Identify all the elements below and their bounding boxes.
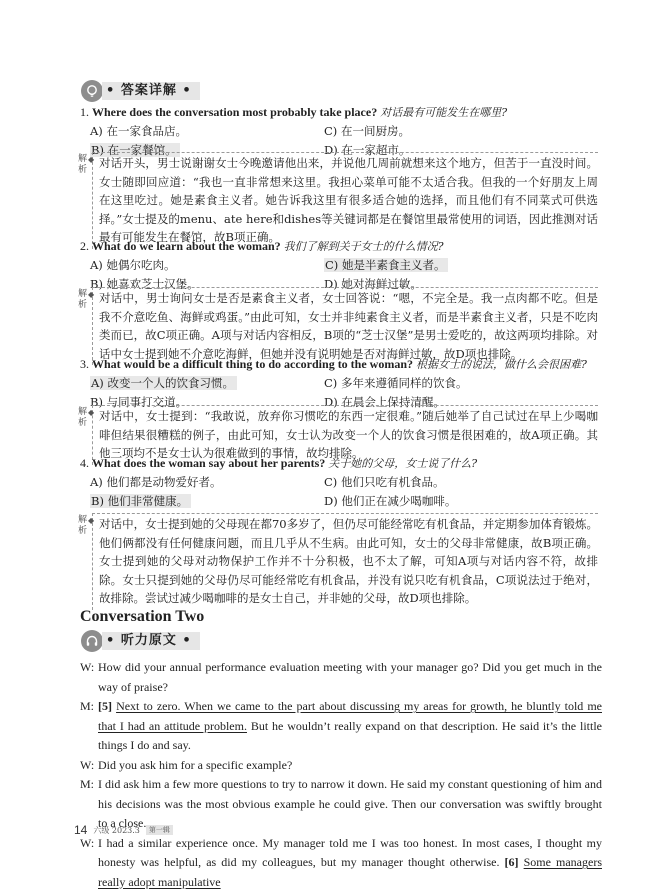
analysis-1: 解析 ◆ 对话开头，男士说谢谢女士今晚邀请他出来，并说他几周前就想来这个地方，但… xyxy=(80,152,598,249)
question-en: What does the woman say about her parent… xyxy=(92,456,325,470)
transcript-line: W: I had a similar experience once. My m… xyxy=(80,834,602,893)
analysis-2: 解析 ◆ 对话中，男士询问女士是否是素食主义者，女士回答说：“嗯，不完全是。我一… xyxy=(80,287,598,365)
speaker: M: xyxy=(80,697,98,756)
option-a: A) 他们都是动物爱好者。 xyxy=(90,474,324,490)
analysis-tag: 解析 xyxy=(78,289,88,311)
option-d: D) 他们正在减少喝咖啡。 xyxy=(324,493,564,509)
magazine-label: 六级 2023.3 xyxy=(93,825,140,836)
options: A) 他们都是动物爱好者。 C) 他们只吃有机食品。 B) 他们非常健康。 D)… xyxy=(90,474,600,509)
question-zh: 我们了解到关于女士的什么情况? xyxy=(284,240,444,253)
question-2: 2. What do we learn about the woman? 我们了… xyxy=(80,238,600,292)
speaker: W: xyxy=(80,756,98,776)
analysis-text: 对话开头，男士说谢谢女士今晚邀请他出来，并说他几周前就想来这个地方，但苦于一直没… xyxy=(92,152,598,249)
analysis-text: 对话中，男士询问女士是否是素食主义者，女士回答说：“嗯，不完全是。我一点肉都不吃… xyxy=(92,287,598,365)
question-title: 4. What does the woman say about her par… xyxy=(80,455,600,471)
question-title: 1. Where does the conversation most prob… xyxy=(80,104,600,120)
conversation-title: Conversation Two xyxy=(80,608,204,626)
arrow-icon: ◆ xyxy=(88,155,94,164)
question-title: 2. What do we learn about the woman? 我们了… xyxy=(80,238,600,254)
question-zh: 关于她的父母，女士说了什么? xyxy=(328,457,477,470)
transcript-line: W: How did your annual performance evalu… xyxy=(80,658,602,697)
question-4: 4. What does the woman say about her par… xyxy=(80,455,600,509)
transcript-line: W: Did you ask him for a specific exampl… xyxy=(80,756,602,776)
question-3: 3. What would be a difficult thing to do… xyxy=(80,356,600,410)
analysis-tag: 解析 xyxy=(78,154,88,176)
option-a: A) 在一家食品店。 xyxy=(90,123,324,139)
headphones-icon xyxy=(81,630,103,652)
question-title: 3. What would be a difficult thing to do… xyxy=(80,356,600,372)
speaker: W: xyxy=(80,834,98,893)
option-c: C) 多年来遵循同样的饮食。 xyxy=(324,375,564,391)
question-marker: [5] xyxy=(98,699,112,713)
arrow-icon: ◆ xyxy=(88,408,94,417)
lightbulb-icon xyxy=(81,80,103,102)
option-a-correct: A) 改变一个人的饮食习惯。 xyxy=(90,375,324,391)
option-c-correct: C) 她是半素食主义者。 xyxy=(324,257,564,273)
question-en: What do we learn about the woman? xyxy=(92,239,281,253)
answer-section-title: • 答案详解 • xyxy=(102,82,200,100)
answer-section-header: • 答案详解 • xyxy=(81,80,200,102)
question-marker: [6] xyxy=(505,855,519,869)
page: • 答案详解 • 1. Where does the conversation … xyxy=(0,0,660,895)
line-text: [5] Next to zero. When we came to the pa… xyxy=(98,697,602,756)
line-text: How did your annual performance evaluati… xyxy=(98,658,602,697)
transcript-section-title: • 听力原文 • xyxy=(102,632,200,650)
question-en: Where does the conversation most probabl… xyxy=(92,105,377,119)
option-a: A) 她偶尔吃肉。 xyxy=(90,257,324,273)
question-1: 1. Where does the conversation most prob… xyxy=(80,104,600,158)
arrow-icon: ◆ xyxy=(88,290,94,299)
transcript: W: How did your annual performance evalu… xyxy=(80,658,602,892)
arrow-icon: ◆ xyxy=(88,516,94,525)
question-zh: 根据女士的说法，做什么会很困难? xyxy=(416,358,587,371)
option-b-correct: B) 他们非常健康。 xyxy=(90,493,324,509)
page-number: 14 xyxy=(74,823,87,837)
question-zh: 对话最有可能发生在哪里? xyxy=(380,106,507,119)
page-footer: 14 六级 2023.3 第一辑 xyxy=(74,823,173,837)
option-c: C) 他们只吃有机食品。 xyxy=(324,474,564,490)
line-text: I did ask him a few more questions to tr… xyxy=(98,775,602,834)
line-text: Did you ask him for a specific example? xyxy=(98,756,602,776)
issue-badge: 第一辑 xyxy=(146,825,173,835)
analysis-text: 对话中，女士提到她的父母现在都70多岁了，但仍尽可能经常吃有机食品，并定期参加体… xyxy=(92,513,598,610)
transcript-section-header: • 听力原文 • xyxy=(81,630,200,652)
analysis-tag: 解析 xyxy=(78,407,88,429)
analysis-tag: 解析 xyxy=(78,515,88,537)
speaker: W: xyxy=(80,658,98,697)
option-c: C) 在一间厨房。 xyxy=(324,123,564,139)
transcript-line: M: [5] Next to zero. When we came to the… xyxy=(80,697,602,756)
line-text: I had a similar experience once. My mana… xyxy=(98,834,602,893)
analysis-4: 解析 ◆ 对话中，女士提到她的父母现在都70多岁了，但仍尽可能经常吃有机食品，并… xyxy=(80,513,598,610)
question-en: What would be a difficult thing to do ac… xyxy=(92,357,413,371)
